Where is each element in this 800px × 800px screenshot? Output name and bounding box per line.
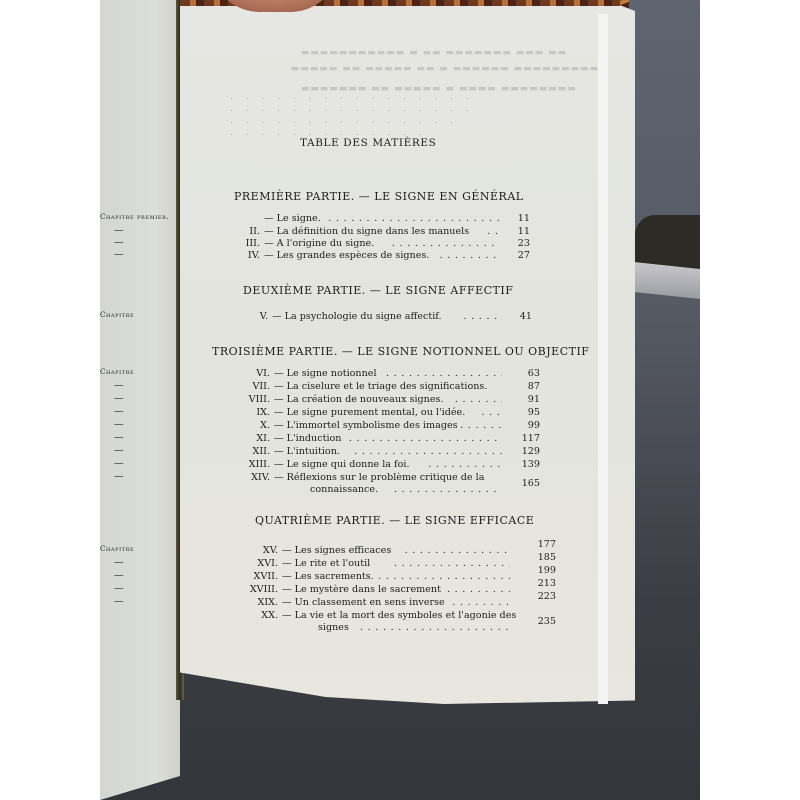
- chapter-number: II.: [210, 226, 260, 237]
- chapter-label: Chapitre: [100, 545, 134, 553]
- page-number: 223: [526, 591, 556, 603]
- chapter-number: XIV.: [220, 472, 270, 483]
- toc-entry: —VII.— La ciselure et le triage des sign…: [100, 381, 540, 393]
- part-heading: TROISIÈME PARTIE. — LE SIGNE NOTIONNEL O…: [212, 345, 589, 358]
- leader-dots: ........................................…: [464, 311, 501, 323]
- chapter-title: — La vie et la mort des symboles et l'ag…: [282, 610, 516, 621]
- ditto-dash: —: [114, 419, 124, 430]
- leader-dots: ........................................…: [378, 571, 510, 583]
- page-number: 41: [502, 311, 532, 323]
- leader-dots: ........................................…: [394, 484, 502, 496]
- chapter-label: Chapitre: [100, 368, 134, 376]
- ditto-dash: —: [114, 557, 124, 568]
- chapter-title: — Le signe notionnel: [274, 368, 377, 379]
- page-number: 99: [510, 420, 540, 432]
- part-heading: QUATRIÈME PARTIE. — LE SIGNE EFFICACE: [255, 514, 534, 527]
- page-number: 165: [510, 478, 540, 490]
- chapter-title: — L'intuition.: [274, 446, 340, 457]
- bleed-dots: . . . . . . . . . . . . . . . .: [230, 92, 474, 102]
- leader-dots: ........................................…: [440, 250, 500, 262]
- chapter-title: — La ciselure et le triage des significa…: [274, 381, 487, 392]
- ditto-dash: —: [114, 432, 124, 443]
- chapter-number: XIX.: [228, 597, 278, 608]
- chapter-number: IX.: [220, 407, 270, 418]
- leader-dots: ........................................…: [354, 446, 502, 458]
- chapter-number: XVI.: [228, 558, 278, 569]
- chapter-title: — La définition du signe dans les manuel…: [264, 226, 469, 237]
- ditto-dash: —: [114, 249, 124, 260]
- page-number: 95: [510, 407, 540, 419]
- ditto-dash: —: [114, 458, 124, 469]
- page-number: 11: [500, 213, 530, 225]
- chapter-number: XV.: [228, 545, 278, 556]
- page-number: 177: [526, 539, 556, 551]
- toc-entry: —IX.— Le signe purement mental, ou l'idé…: [100, 407, 540, 419]
- chapter-number: VI.: [220, 368, 270, 379]
- chapter-title: — Réflexions sur le problème critique de…: [274, 472, 484, 483]
- chapter-number: XVIII.: [228, 584, 278, 595]
- chapter-number: XI.: [220, 433, 270, 444]
- chapter-number: XII.: [220, 446, 270, 457]
- ditto-dash: —: [114, 237, 124, 248]
- toc-entry: —XIV.— Réflexions sur le problème critiq…: [100, 472, 540, 484]
- part-heading: DEUXIÈME PARTIE. — LE SIGNE AFFECTIF: [243, 284, 513, 297]
- page-number: 11: [500, 226, 530, 238]
- ditto-dash: —: [114, 445, 124, 456]
- ditto-dash: —: [114, 393, 124, 404]
- leader-dots: ........................................…: [386, 368, 502, 380]
- chapter-number: V.: [218, 311, 268, 322]
- page-number: 185: [526, 552, 556, 564]
- leader-dots: ........................................…: [455, 394, 502, 406]
- chapter-title: — Le signe qui donne la foi.: [274, 459, 410, 470]
- leader-dots: ........................................…: [447, 584, 510, 596]
- chapter-title: — La psychologie du signe affectif.: [272, 311, 442, 322]
- page-number: 91: [510, 394, 540, 406]
- ditto-dash: —: [114, 225, 124, 236]
- page-number: 63: [510, 368, 540, 380]
- toc-entry: XX.— La vie et la mort des symboles et l…: [100, 610, 540, 622]
- toc-entry: —II.— La définition du signe dans les ma…: [100, 226, 540, 238]
- page-number: 23: [500, 238, 530, 250]
- chapter-title-continuation: signes: [318, 622, 349, 634]
- page-number: 235: [526, 616, 556, 628]
- chapter-title: — L'induction: [274, 433, 341, 444]
- chapter-title-continuation: connaissance.: [310, 484, 378, 496]
- chapter-number: XIII.: [220, 459, 270, 470]
- ditto-dash: —: [114, 380, 124, 391]
- leader-dots: ........................................…: [328, 213, 500, 225]
- ditto-dash: —: [114, 471, 124, 482]
- chapter-title: — Le mystère dans le sacrement: [282, 584, 441, 595]
- page-number: 199: [526, 565, 556, 577]
- chapter-label: Chapitre: [100, 311, 134, 319]
- chapter-title: — Les sacrements.: [282, 571, 374, 582]
- chapter-number: VII.: [220, 381, 270, 392]
- chapter-number: III.: [210, 238, 260, 249]
- page-number: 129: [510, 446, 540, 458]
- leader-dots: ........................................…: [360, 622, 510, 634]
- page-edge: [598, 14, 608, 704]
- leader-dots: ........................................…: [349, 433, 502, 445]
- ditto-dash: —: [114, 583, 124, 594]
- page-number: 213: [526, 578, 556, 590]
- background-object: [635, 215, 700, 270]
- chapter-title: — Les signes efficaces: [282, 545, 391, 556]
- page-number: 87: [510, 381, 540, 393]
- page-number: 139: [510, 459, 540, 471]
- leader-dots: ........................................…: [405, 545, 510, 557]
- toc-heading: TABLE DES MATIÈRES: [300, 137, 436, 149]
- chapter-title: — Les grandes espèces de signes.: [264, 250, 429, 261]
- chapter-title: — Le signe purement mental, ou l'idée.: [274, 407, 465, 418]
- ditto-dash: —: [114, 406, 124, 417]
- leader-dots: ........................................…: [487, 226, 500, 238]
- chapter-title: — L'immortel symbolisme des images: [274, 420, 458, 431]
- chapter-title: — Le rite et l'outil: [282, 558, 370, 569]
- chapter-number: XX.: [228, 610, 278, 621]
- page-number: 27: [500, 250, 530, 262]
- leader-dots: ........................................…: [392, 238, 500, 250]
- leader-dots: ........................................…: [481, 407, 502, 419]
- page-number: 117: [510, 433, 540, 445]
- leader-dots: ........................................…: [452, 597, 510, 609]
- ditto-dash: —: [114, 570, 124, 581]
- ditto-dash: —: [114, 596, 124, 607]
- chapter-title: — A l'origine du signe.: [264, 238, 374, 249]
- chapter-number: XVII.: [228, 571, 278, 582]
- leader-dots: ........................................…: [428, 459, 502, 471]
- chapter-number: VIII.: [220, 394, 270, 405]
- chapter-title: — Le signe.: [264, 213, 321, 224]
- leader-dots: ........................................…: [394, 558, 510, 570]
- chapter-title: — La création de nouveaux signes.: [274, 394, 444, 405]
- chapter-number: IV.: [210, 250, 260, 261]
- chapter-title: — Un classement en sens inverse: [282, 597, 445, 608]
- leader-dots: ........................................…: [460, 420, 502, 432]
- part-heading: PREMIÈRE PARTIE. — LE SIGNE EN GÉNÉRAL: [234, 190, 524, 203]
- chapter-label: Chapitre premier.: [100, 213, 169, 221]
- chapter-number: X.: [220, 420, 270, 431]
